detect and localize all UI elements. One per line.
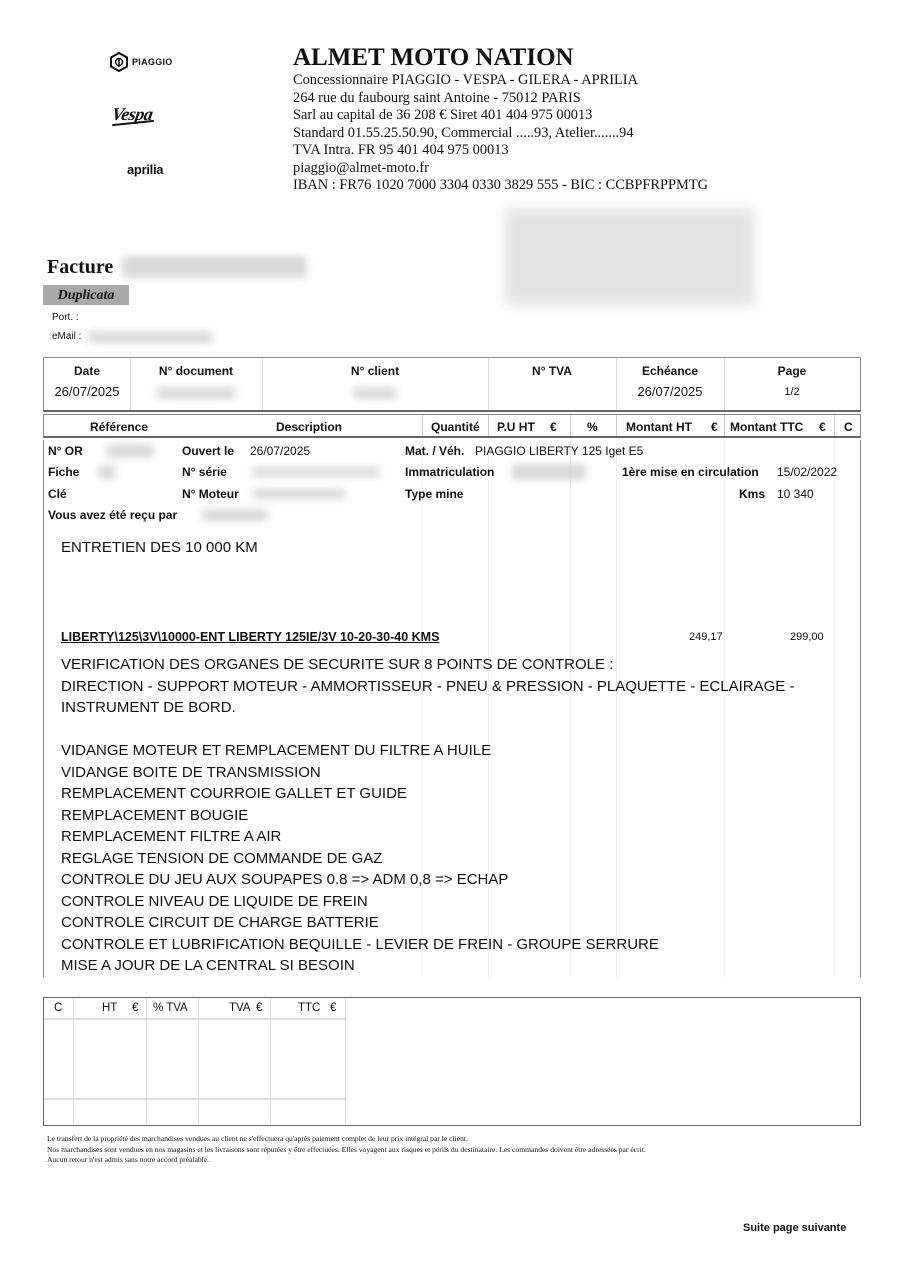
items-body: N° OR Ouvert le 26/07/2025 Mat. / Véh. P… bbox=[43, 440, 861, 977]
recu-par-label: Vous avez été reçu par bbox=[48, 508, 177, 522]
document-number-cell: N° document bbox=[130, 358, 263, 410]
totals-ttc-euro: € bbox=[330, 1002, 336, 1014]
operation-item: CONTROLE DU JEU AUX SOUPAPES 0.8 => ADM … bbox=[61, 869, 659, 891]
tva-number-cell: N° TVA bbox=[488, 358, 617, 410]
serie-label: N° série bbox=[182, 465, 227, 479]
redacted-serie bbox=[252, 467, 380, 477]
page-cell: Page 1/2 bbox=[724, 358, 860, 410]
port-label: Port. : bbox=[52, 312, 79, 323]
totals-tva-euro: € bbox=[256, 1002, 262, 1014]
verification-line: DIRECTION - SUPPORT MOTEUR - AMMORTISSEU… bbox=[61, 676, 794, 698]
totals-c-header: C bbox=[54, 1002, 62, 1014]
operation-item: REMPLACEMENT FILTRE A AIR bbox=[61, 826, 659, 848]
redacted-immatriculation bbox=[512, 464, 586, 480]
company-address: 264 rue du faubourg saint Antoine - 7501… bbox=[293, 90, 708, 108]
client-number-cell: N° client bbox=[262, 358, 489, 410]
page-value: 1/2 bbox=[724, 386, 860, 398]
date-cell: Date 26/07/2025 bbox=[44, 358, 131, 410]
date-value: 26/07/2025 bbox=[44, 384, 130, 399]
circulation-value: 15/02/2022 bbox=[777, 465, 837, 479]
ouvert-value: 26/07/2025 bbox=[250, 444, 310, 458]
item-reference-line: LIBERTY\125\3V\10000-ENT LIBERTY 125IE/3… bbox=[61, 630, 439, 644]
redacted-email bbox=[88, 331, 213, 343]
aprilia-logo: aprilia bbox=[127, 162, 163, 177]
col-montant-ht: Montant HT bbox=[626, 420, 692, 434]
email-label: eMail : bbox=[52, 331, 81, 342]
echeance-value: 26/07/2025 bbox=[616, 384, 724, 399]
company-email: piaggio@almet-moto.fr bbox=[293, 160, 708, 178]
or-label: N° OR bbox=[48, 444, 83, 458]
company-iban: IBAN : FR76 1020 7000 3304 0330 3829 555… bbox=[293, 177, 708, 195]
col-c: C bbox=[844, 420, 853, 434]
company-capital: Sarl au capital de 36 208 € Siret 401 40… bbox=[293, 107, 708, 125]
legal-line: Aucun retour n'est admis sans notre acco… bbox=[47, 1155, 646, 1166]
continued-next-page: Suite page suivante bbox=[743, 1222, 846, 1234]
company-header: ALMET MOTO NATION Concessionnaire PIAGGI… bbox=[293, 44, 708, 195]
mat-vehicule-value: PIAGGIO LIBERTY 125 Iget E5 bbox=[475, 444, 643, 458]
verification-line: VERIFICATION DES ORGANES DE SECURITE SUR… bbox=[61, 654, 794, 676]
redacted-fiche bbox=[98, 465, 116, 479]
col-pu-euro: € bbox=[550, 420, 557, 434]
totals-table: C HT € % TVA TVA € TTC € bbox=[43, 997, 861, 1126]
totals-ht-euro: € bbox=[132, 1002, 138, 1014]
col-percent: % bbox=[587, 420, 598, 434]
cle-label: Clé bbox=[48, 487, 67, 501]
document-info-table: Date 26/07/2025 N° document N° client N°… bbox=[43, 357, 861, 412]
echeance-cell: Echéance 26/07/2025 bbox=[616, 358, 725, 410]
redacted-document-number bbox=[156, 387, 236, 399]
company-phone: Standard 01.55.25.50.90, Commercial ....… bbox=[293, 125, 708, 143]
echeance-label: Echéance bbox=[616, 364, 724, 378]
item-montant-ht: 249,17 bbox=[689, 631, 723, 643]
tva-number-label: N° TVA bbox=[488, 364, 616, 378]
totals-tva-header: TVA bbox=[229, 1002, 251, 1014]
piaggio-logo: PIAGGIO bbox=[110, 52, 173, 72]
redacted-or-number bbox=[106, 444, 154, 458]
col-montant-ht-euro: € bbox=[711, 420, 718, 434]
col-description: Description bbox=[276, 420, 342, 434]
redacted-recu-par bbox=[202, 509, 268, 521]
operation-item: CONTROLE NIVEAU DE LIQUIDE DE FREIN bbox=[61, 891, 659, 913]
company-tva: TVA Intra. FR 95 401 404 975 00013 bbox=[293, 142, 708, 160]
company-line: Concessionnaire PIAGGIO - VESPA - GILERA… bbox=[293, 72, 708, 90]
piaggio-hexagon-icon bbox=[110, 52, 128, 72]
col-reference: Référence bbox=[90, 420, 148, 434]
operation-item: VIDANGE BOITE DE TRANSMISSION bbox=[61, 762, 659, 784]
operation-item: REGLAGE TENSION DE COMMANDE DE GAZ bbox=[61, 848, 659, 870]
moteur-label: N° Moteur bbox=[182, 487, 239, 501]
legal-notice: Le transfert de la propriété des marchan… bbox=[47, 1134, 646, 1166]
kms-label: Kms bbox=[739, 487, 765, 501]
operation-item: REMPLACEMENT COURROIE GALLET ET GUIDE bbox=[61, 783, 659, 805]
item-montant-ttc: 299,00 bbox=[790, 631, 824, 643]
kms-value: 10 340 bbox=[777, 487, 814, 501]
col-montant-ttc: Montant TTC bbox=[730, 420, 803, 434]
date-label: Date bbox=[44, 364, 130, 378]
verification-block: VERIFICATION DES ORGANES DE SECURITE SUR… bbox=[61, 654, 794, 719]
mat-vehicule-label: Mat. / Véh. bbox=[405, 444, 464, 458]
items-header: Référence Description Quantité P.U HT € … bbox=[43, 414, 861, 438]
client-number-label: N° client bbox=[262, 364, 488, 378]
verification-line: INSTRUMENT DE BORD. bbox=[61, 697, 794, 719]
fiche-label: Fiche bbox=[48, 465, 79, 479]
invoice-title: Facture bbox=[47, 256, 113, 279]
item-title: ENTRETIEN DES 10 000 KM bbox=[61, 537, 258, 559]
col-pu-ht: P.U HT bbox=[497, 420, 535, 434]
type-mine-label: Type mine bbox=[405, 487, 463, 501]
redacted-customer-address bbox=[505, 208, 755, 306]
redacted-invoice-number bbox=[122, 256, 307, 278]
totals-ttc-header: TTC bbox=[298, 1002, 320, 1014]
circulation-label: 1ère mise en circulation bbox=[622, 465, 759, 479]
operations-list: VIDANGE MOTEUR ET REMPLACEMENT DU FILTRE… bbox=[61, 740, 659, 977]
operation-item: MISE A JOUR DE LA CENTRAL SI BESOIN bbox=[61, 955, 659, 977]
immatriculation-label: Immatriculation bbox=[405, 465, 494, 479]
col-montant-ttc-euro: € bbox=[819, 420, 826, 434]
col-quantite: Quantité bbox=[431, 420, 480, 434]
redacted-client-number bbox=[353, 387, 397, 399]
totals-pct-tva-header: % TVA bbox=[153, 1002, 188, 1014]
operation-item: REMPLACEMENT BOUGIE bbox=[61, 805, 659, 827]
legal-line: Le transfert de la propriété des marchan… bbox=[47, 1134, 646, 1145]
document-number-label: N° document bbox=[130, 364, 262, 378]
operation-item: CONTROLE ET LUBRIFICATION BEQUILLE - LEV… bbox=[61, 934, 659, 956]
operation-item: VIDANGE MOTEUR ET REMPLACEMENT DU FILTRE… bbox=[61, 740, 659, 762]
piaggio-logo-text: PIAGGIO bbox=[132, 57, 173, 67]
operation-item: CONTROLE CIRCUIT DE CHARGE BATTERIE bbox=[61, 912, 659, 934]
totals-ht-header: HT bbox=[102, 1002, 117, 1014]
company-name: ALMET MOTO NATION bbox=[293, 44, 708, 72]
ouvert-label: Ouvert le bbox=[182, 444, 234, 458]
duplicata-badge: Duplicata bbox=[43, 285, 129, 305]
vespa-logo: Vespa bbox=[110, 104, 154, 125]
page-label: Page bbox=[724, 364, 860, 378]
redacted-moteur bbox=[252, 489, 346, 499]
legal-line: Nos marchandises sont vendues en nos mag… bbox=[47, 1145, 646, 1156]
